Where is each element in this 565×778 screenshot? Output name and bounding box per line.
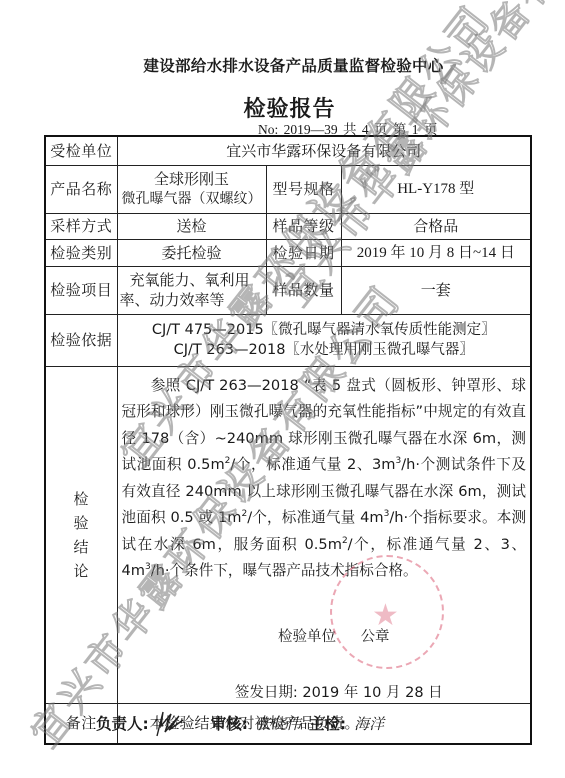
inspector-label: 主检:: [309, 712, 346, 734]
value-model-spec: HL-Y178 型: [341, 165, 531, 213]
label-inspection-items: 检验项目: [45, 266, 117, 314]
row-basis: 检验依据 CJ/T 475—2015〖微孔曝气器清水氧传质性能测定〗 CJ/T …: [45, 314, 531, 366]
items-line2: 率、动力效率等: [120, 290, 264, 310]
conclusion-char-2: 验: [73, 511, 89, 535]
reviewer-signature: 张晓伟: [256, 713, 301, 734]
product-name-line2: 微孔曝气器（双螺纹）: [120, 189, 264, 209]
label-sample-quantity: 样品数量: [266, 266, 341, 314]
value-sample-grade: 合格品: [341, 213, 531, 239]
row-product-name: 产品名称 全球形刚玉 微孔曝气器（双螺纹） 型号规格 HL-Y178 型: [45, 165, 531, 213]
label-conclusion: 检 验 结 论: [45, 366, 117, 703]
value-inspected-unit: 宜兴市华露环保设备有限公司: [117, 136, 531, 165]
organization-title: 建设部给水排水设备产品质量监督检验中心: [0, 54, 565, 76]
row-inspection-items: 检验项目 充氧能力、氧利用 率、动力效率等 样品数量 一套: [45, 266, 531, 314]
label-inspection-date: 检验日期: [266, 239, 341, 266]
responsible-label: 负责人:: [96, 712, 149, 734]
conclusion-char-4: 论: [73, 559, 89, 583]
responsible-signature-icon: [149, 708, 189, 738]
signature-row: 负责人: 审核: 张晓伟 主检: 海洋: [96, 708, 392, 738]
stamp-line: 检验单位 公章: [122, 627, 527, 647]
label-inspected-unit: 受检单位: [45, 136, 117, 165]
basis-standard-2: CJ/T 263—2018〖水处理用刚玉微孔曝气器〗: [120, 340, 529, 360]
value-product-name: 全球形刚玉 微孔曝气器（双螺纹）: [117, 165, 266, 213]
value-inspection-date: 2019 年 10 月 8 日~14 日: [341, 239, 531, 266]
label-product-name: 产品名称: [45, 165, 117, 213]
label-model-spec: 型号规格: [266, 165, 341, 213]
inspector-signature: 海洋: [354, 713, 384, 734]
basis-standard-1: CJ/T 475—2015〖微孔曝气器清水氧传质性能测定〗: [120, 320, 529, 340]
value-inspection-items: 充氧能力、氧利用 率、动力效率等: [117, 266, 266, 314]
items-line1: 充氧能力、氧利用: [120, 270, 264, 290]
value-inspection-type: 委托检验: [117, 239, 266, 266]
inspection-report-table: 受检单位 宜兴市华露环保设备有限公司 产品名称 全球形刚玉 微孔曝气器（双螺纹）…: [44, 135, 532, 745]
conclusion-char-1: 检: [73, 487, 89, 511]
seal-star-icon: ★: [372, 598, 399, 633]
conclusion-char-3: 结: [73, 535, 89, 559]
row-inspection-type: 检验类别 委托检验 检验日期 2019 年 10 月 8 日~14 日: [45, 239, 531, 266]
label-sampling-method: 采样方式: [45, 213, 117, 239]
row-sampling: 采样方式 送检 样品等级 合格品: [45, 213, 531, 239]
conclusion-text: 参照 CJ/T 263—2018 “表 5 盘式（圆板形、钟罩形、球冠形和球形）…: [122, 373, 527, 585]
row-conclusion: 检 验 结 论 参照 CJ/T 263—2018 “表 5 盘式（圆板形、钟罩形…: [45, 366, 531, 703]
product-name-line1: 全球形刚玉: [120, 169, 264, 189]
label-inspection-type: 检验类别: [45, 239, 117, 266]
label-basis: 检验依据: [45, 314, 117, 366]
row-inspected-unit: 受检单位 宜兴市华露环保设备有限公司: [45, 136, 531, 165]
value-sample-quantity: 一套: [341, 266, 531, 314]
reviewer-label: 审核:: [211, 712, 248, 734]
value-basis: CJ/T 475—2015〖微孔曝气器清水氧传质性能测定〗 CJ/T 263—2…: [117, 314, 531, 366]
value-conclusion: 参照 CJ/T 263—2018 “表 5 盘式（圆板形、钟罩形、球冠形和球形）…: [117, 366, 531, 703]
label-sample-grade: 样品等级: [266, 213, 341, 239]
value-sampling-method: 送检: [117, 213, 266, 239]
stamp-label: 检验单位: [278, 629, 336, 645]
issue-date: 签发日期: 2019 年 10 月 28 日: [122, 683, 527, 703]
